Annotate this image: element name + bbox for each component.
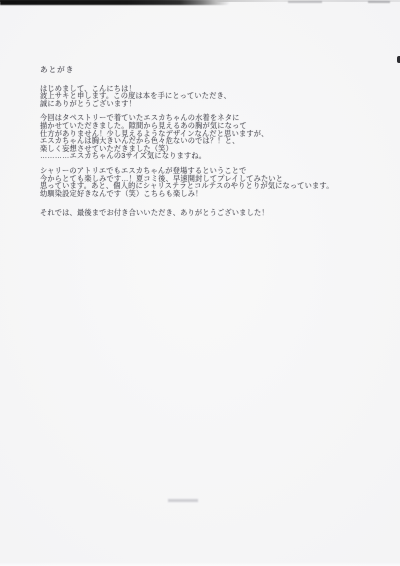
text-line: 誠にありがとうございます！ — [40, 100, 370, 108]
paragraph: はじめまして、こんにちは！波上サキと申します。この度は本を手にとっていただき、誠… — [40, 85, 370, 108]
paragraph: 今回はタペストリーで着ていたエスカちゃんの水着をネタに描かせていただきました。隙… — [40, 114, 370, 160]
text-line: それでは、最後までお付き合いいただき、ありがとうございました！ — [40, 209, 370, 217]
scan-artifact-bottom-edge — [0, 562, 400, 566]
paragraph: シャリーのアトリエでもエスカちゃんが登場するということで今からとても楽しみです…… — [40, 167, 370, 197]
scan-artifact-bottom-smudge — [168, 499, 198, 502]
scan-artifact-top-smudge — [288, 1, 322, 3]
scan-artifact-top-smudge — [368, 1, 390, 3]
page-title: あとがき — [40, 66, 370, 74]
text-line: …………エスカちゃんの3サイズ気になりますね。 — [40, 152, 370, 160]
paragraph: それでは、最後までお付き合いいただき、ありがとうございました！ — [40, 209, 370, 217]
scan-artifact-top-left-strip — [0, 0, 230, 5]
scanned-page: あとがき はじめまして、こんにちは！波上サキと申します。この度は本を手にとってい… — [0, 0, 400, 566]
afterword-paragraphs: はじめまして、こんにちは！波上サキと申します。この度は本を手にとっていただき、誠… — [40, 85, 370, 217]
text-line: 幼馴染設定好きなんです（笑）こちらも楽しみ！ — [40, 190, 370, 198]
afterword-text-block: あとがき はじめまして、こんにちは！波上サキと申します。この度は本を手にとってい… — [40, 66, 370, 224]
